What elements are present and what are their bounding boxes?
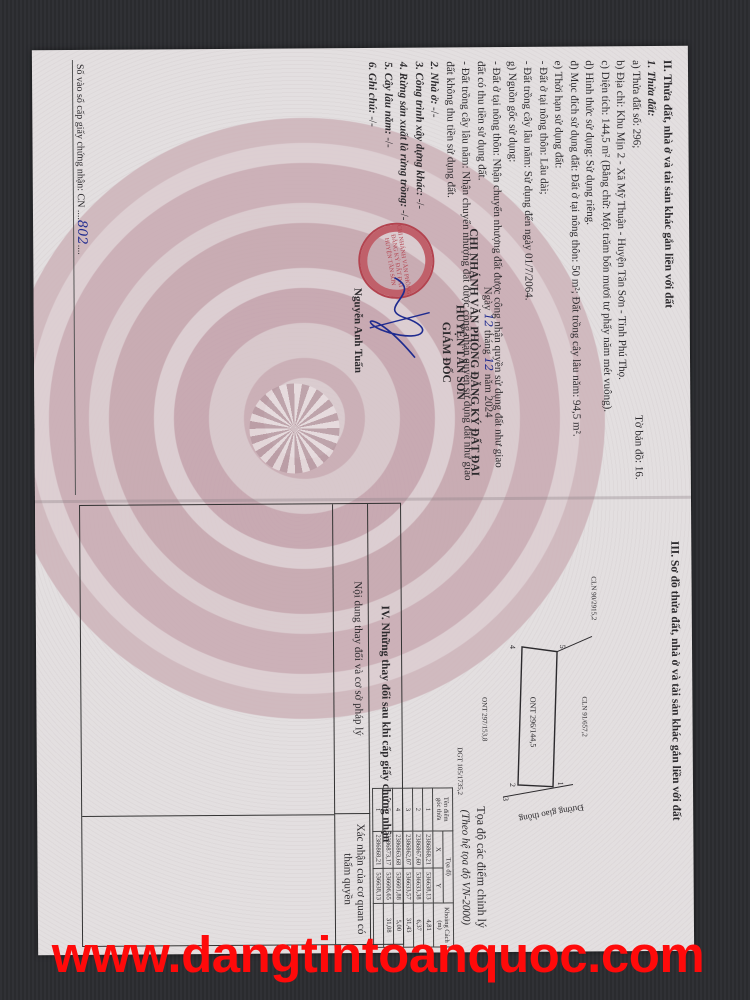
table-row: 22386867,60536633,386,37	[413, 788, 424, 947]
section-ii-title: II. Thửa đất, nhà ở và tài sản khác gắn …	[658, 60, 677, 530]
section-iv-title: IV. Những thay đổi sau khi cấp giấy chứn…	[367, 504, 403, 944]
parcel-number: a) Thửa đất số: 296;	[630, 60, 643, 148]
map-sheet: Tờ bản đồ: 16.	[630, 415, 646, 480]
section-iii-title: III. Sơ đồ thửa đất, nhà ở và tài sản kh…	[666, 541, 684, 941]
rotated-content: II. Thửa đất, nhà ở và tài sản khác gắn …	[32, 46, 694, 956]
signer-name: Nguyễn Anh Tuấn	[349, 288, 365, 373]
svg-text:1: 1	[556, 782, 565, 786]
use-purpose: đ) Mục đích sử dụng đất: Đất ở tại nông …	[565, 60, 584, 530]
svg-text:5: 5	[558, 645, 567, 649]
svg-text:CLN 91/657,2: CLN 91/657,2	[580, 696, 588, 737]
parcel-line: a) Thửa đất số: 296; Tờ bản đồ: 16.	[627, 60, 646, 530]
use-term-residential: - Đất ở tại nông thôn: Lâu dài;	[534, 61, 553, 531]
road-label: Đường giao thông	[518, 803, 585, 825]
svg-text:3: 3	[501, 797, 510, 801]
certificate-number: 802	[74, 220, 89, 245]
svg-text:ONT 297/153,8: ONT 297/153,8	[480, 697, 488, 742]
change-content-header: Nội dung thay đổi và cơ sở pháp lý	[332, 504, 370, 814]
parcel-sketch: 1 2 3 4 5 Đường giao thông ONT 296/144,5…	[441, 546, 653, 827]
svg-text:2: 2	[508, 783, 517, 787]
svg-text:4: 4	[508, 645, 517, 649]
signature-block: Ngày 12 tháng 12 năm 2024 CHI NHÁNH VĂN …	[438, 222, 496, 482]
svg-text:ONT 296/144,5: ONT 296/144,5	[528, 697, 537, 748]
signature-icon	[364, 272, 435, 362]
site-watermark: www.dangtintoanquoc.com	[8, 925, 748, 984]
table-row: 12386868,21536638,134,81	[423, 788, 434, 947]
issuing-org: CHI NHÁNH VĂN PHÒNG ĐĂNG KÝ ĐẤT ĐAI	[466, 222, 482, 482]
origin: g) Nguồn gốc sử dụng:	[503, 61, 522, 531]
issue-date: Ngày 12 tháng 12 năm 2024	[480, 222, 496, 482]
certificate-entry: Số vào sổ cấp giấy chứng nhận: CN ....80…	[71, 64, 89, 255]
signer-position: GIÁM ĐỐC	[438, 222, 454, 482]
coordinate-title: Tọa độ các điểm chỉnh lý	[473, 787, 490, 947]
section-iv-table: IV. Những thay đổi sau khi cấp giấy chứn…	[79, 503, 404, 947]
table-row: 32386862,07536633,5731,43	[403, 788, 414, 947]
coordinate-subtitle: (Theo hệ tọa độ VN-2000)	[457, 787, 474, 947]
column-divider	[82, 814, 334, 817]
land-certificate-page: II. Thửa đất, nhà ở và tài sản khác gắn …	[32, 46, 694, 956]
area: c) Diện tích: 144,5 m² (Bằng chữ: Một tr…	[596, 60, 615, 530]
svg-text:CLN 90/2915,2: CLN 90/2915,2	[590, 576, 598, 620]
